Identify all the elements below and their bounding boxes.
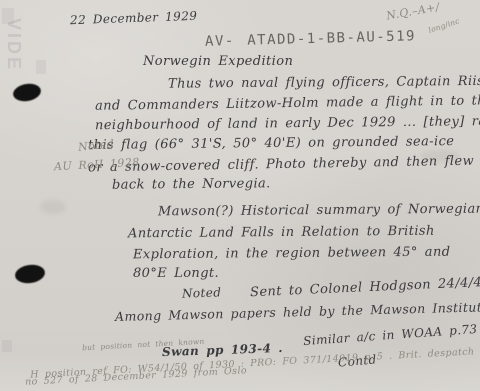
reference-code: AV- ATADD-1-BB-AU-519 [205,29,416,49]
date-line: 22 December 1929 [70,10,198,26]
body-line: Thus two naval flying officers, Captain … [168,74,480,90]
provenance-line: Among Mawson papers held by the Mawson I… [115,301,480,323]
margin-noted: Noted [78,138,115,153]
body-line: and Commanders Liitzow-Holm made a fligh… [95,94,480,113]
document-scan: VIDE 22 December 1929 N.Q.–A+/ long/inc … [0,0,480,391]
ink-blot-top [12,82,43,104]
title-line: Norwegin Expedition [143,55,293,68]
paper-smudge [40,200,66,214]
body-line: back to the Norvegia. [112,177,271,191]
body-line: Exploration, in the region between 45° a… [133,246,451,262]
corner-scrawl: N.Q.–A+/ [385,1,440,21]
noted-label: Noted [182,286,222,299]
body-line: Antarctic Land Falls in Relation to Brit… [128,225,435,241]
sent-line: Sent to Colonel Hodgson 24/4/49 [250,276,480,299]
similar-line: Similar a/c in WOAA p.73 [303,323,478,347]
ink-blot-bottom [14,263,46,285]
body-line: neighbourhood of land in early Dec 1929 … [95,115,480,132]
edge-mark [2,340,12,352]
edge-mark [2,8,14,24]
edge-mark [36,60,46,74]
swan-line: Swan pp 193-4 . [162,342,283,358]
body-line: Mawson(?) Historical summary of Norwegia… [158,203,480,219]
body-line: or a snow-covered cliff. Photo thereby a… [88,155,474,175]
body-line: this flag (66° 31'S, 50° 40'E) on ground… [88,135,454,152]
edge-stamp-text: VIDE [3,18,24,72]
body-line: 80°E Longt. [133,267,219,280]
corner-scrawl-small: long/inc [428,17,461,34]
